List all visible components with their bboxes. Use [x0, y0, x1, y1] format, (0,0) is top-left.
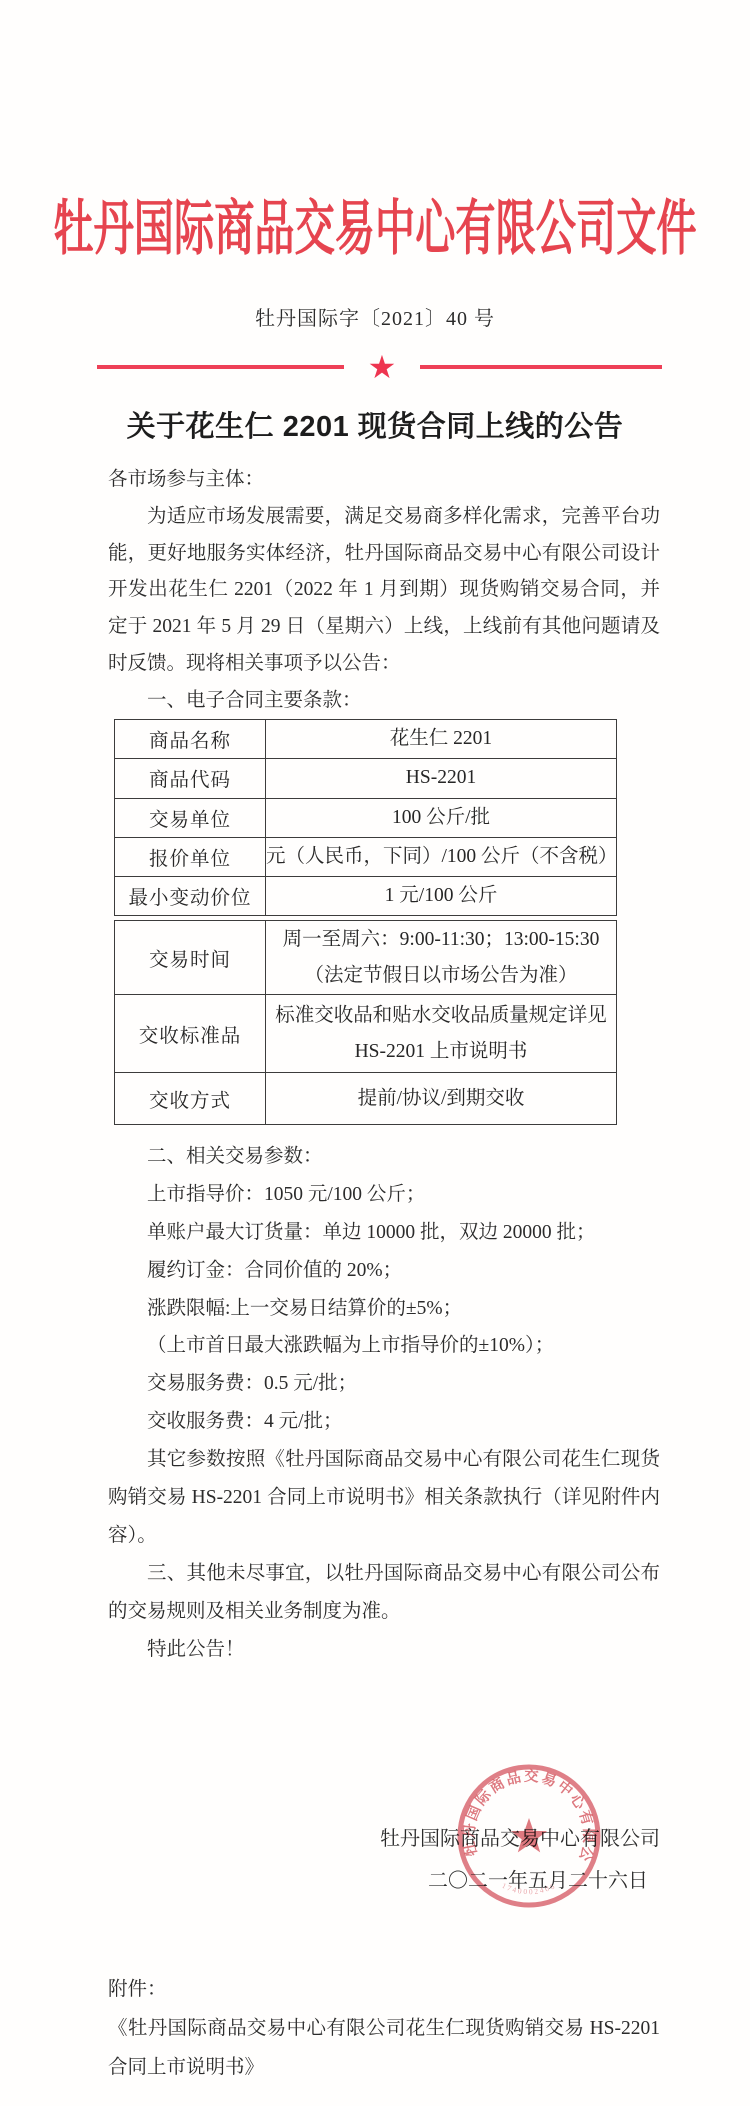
row-value: 100 公斤/批	[392, 800, 490, 836]
param-line: 购销交易 HS-2201 合同上市说明书》相关条款执行（详见附件内	[108, 1479, 660, 1517]
row-label: 报价单位	[115, 838, 266, 876]
document-banner: 牡丹国际商品交易中心有限公司文件	[0, 183, 750, 265]
parameters-section: 二、相关交易参数： 上市指导价：1050 元/100 公斤； 单账户最大订货量：…	[108, 1138, 660, 1668]
row-value: HS-2201 上市说明书	[355, 1034, 528, 1070]
row-label: 交收方式	[115, 1073, 266, 1124]
table-row: 交收方式 提前/协议/到期交收	[115, 1072, 616, 1124]
table-row: 最小变动价位 1 元/100 公斤	[115, 876, 616, 915]
table-row: 交易时间 周一至周六：9:00-11:30；13:00-15:30 （法定节假日…	[115, 921, 616, 994]
body-line: 能，更好地服务实体经济，牡丹国际商品交易中心有限公司设计	[108, 536, 660, 573]
contract-terms-table-bottom: 交易时间 周一至周六：9:00-11:30；13:00-15:30 （法定节假日…	[114, 920, 617, 1125]
official-document-page: 牡丹国际商品交易中心有限公司文件 牡丹国际字〔2021〕40 号 ★ 关于花生仁…	[0, 0, 750, 2106]
signature-date: 二〇二一年五月二十六日	[380, 1860, 660, 1902]
row-value: 周一至周六：9:00-11:30；13:00-15:30	[283, 922, 600, 958]
banner-title: 牡丹国际商品交易中心有限公司文件	[53, 181, 696, 267]
table-row: 商品名称 花生仁 2201	[115, 720, 616, 758]
row-value: （法定节假日以市场公告为准）	[304, 958, 577, 994]
table-row: 交易单位 100 公斤/批	[115, 798, 616, 837]
row-value: 元（人民币，下同）/100 公斤（不含税）	[266, 839, 618, 875]
closing-line: 特此公告！	[108, 1631, 660, 1669]
divider-rule-left	[97, 365, 344, 369]
param-line: 涨跌限幅:上一交易日结算价的±5%；	[108, 1290, 660, 1328]
red-divider: ★	[97, 350, 662, 384]
table-row: 交收标准品 标准交收品和贴水交收品质量规定详见 HS-2201 上市说明书	[115, 994, 616, 1072]
row-label: 商品代码	[115, 759, 266, 797]
param-line: 履约订金：合同价值的 20%；	[108, 1252, 660, 1290]
intro-paragraph: 各市场参与主体： 为适应市场发展需要，满足交易商多样化需求，完善平台功 能，更好…	[108, 462, 660, 720]
section3-line: 三、其他未尽事宜，以牡丹国际商品交易中心有限公司公布	[108, 1555, 660, 1593]
param-line: 容）。	[108, 1517, 660, 1555]
param-line: 交易服务费：0.5 元/批；	[108, 1365, 660, 1403]
star-icon: ★	[368, 350, 397, 384]
param-line: 上市指导价：1050 元/100 公斤；	[108, 1176, 660, 1214]
param-line: （上市首日最大涨跌幅为上市指导价的±10%）；	[108, 1327, 660, 1365]
row-label: 交易单位	[115, 799, 266, 837]
row-value: 花生仁 2201	[390, 721, 492, 757]
row-value: 提前/协议/到期交收	[358, 1081, 525, 1117]
param-line: 单账户最大订货量：单边 10000 批，双边 20000 批；	[108, 1214, 660, 1252]
param-line: 交收服务费：4 元/批；	[108, 1403, 660, 1441]
divider-rule-right	[420, 365, 662, 369]
body-line: 开发出花生仁 2201（2022 年 1 月到期）现货购销交易合同，并	[108, 572, 660, 609]
body-line: 时反馈。现将相关事项予以公告：	[108, 646, 660, 683]
section3-line: 的交易规则及相关业务制度为准。	[108, 1593, 660, 1631]
body-line: 定于 2021 年 5 月 29 日（星期六）上线，上线前有其他问题请及	[108, 609, 660, 646]
row-label: 商品名称	[115, 720, 266, 758]
row-label: 交收标准品	[115, 995, 266, 1072]
section1-title: 一、电子合同主要条款：	[108, 683, 660, 720]
row-value: HS-2201	[406, 760, 476, 796]
row-value: 1 元/100 公斤	[385, 878, 498, 914]
body-line: 各市场参与主体：	[108, 462, 660, 499]
param-line: 其它参数按照《牡丹国际商品交易中心有限公司花生仁现货	[108, 1441, 660, 1479]
attachment-title: 合同上市说明书》	[108, 2049, 660, 2088]
row-label: 交易时间	[115, 921, 266, 994]
row-value: 标准交收品和贴水交收品质量规定详见	[275, 998, 607, 1034]
attachment-title: 《牡丹国际商品交易中心有限公司花生仁现货购销交易 HS-2201	[108, 2010, 660, 2049]
body-line: 为适应市场发展需要，满足交易商多样化需求，完善平台功	[108, 499, 660, 536]
contract-terms-table-top: 商品名称 花生仁 2201 商品代码 HS-2201 交易单位 100 公斤/批…	[114, 719, 617, 916]
table-row: 报价单位 元（人民币，下同）/100 公斤（不含税）	[115, 837, 616, 876]
attachment-label: 附件：	[108, 1971, 660, 2010]
row-label: 最小变动价位	[115, 877, 266, 915]
page-title: 关于花生仁 2201 现货合同上线的公告	[0, 404, 750, 445]
section2-title: 二、相关交易参数：	[108, 1138, 660, 1176]
signature-company: 牡丹国际商品交易中心有限公司	[380, 1818, 660, 1860]
doc-number: 牡丹国际字〔2021〕40 号	[0, 302, 750, 331]
attachment-section: 附件： 《牡丹国际商品交易中心有限公司花生仁现货购销交易 HS-2201 合同上…	[108, 1971, 660, 2087]
table-row: 商品代码 HS-2201	[115, 758, 616, 797]
signature-block: 牡丹国际商品交易中心有限公司 二〇二一年五月二十六日	[380, 1818, 660, 1902]
